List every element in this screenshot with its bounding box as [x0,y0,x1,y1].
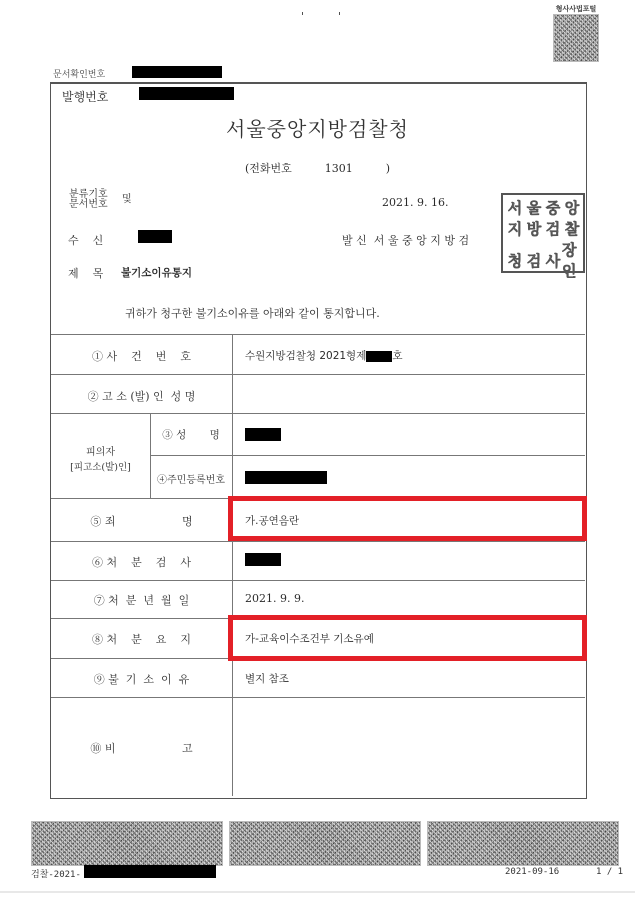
scan-mark: ' [338,10,341,23]
doc-confirm-label: 문서확인번호 [53,67,105,80]
seal-char: 찰 [562,218,581,239]
suspect-name-redacted [245,428,281,441]
disposition-date-value: 2021. 9. 9. [245,592,304,605]
document-date: 2021. 9. 16. [382,196,448,209]
phone-suffix: ) [386,162,390,175]
security-pattern [229,821,421,866]
security-pattern [31,821,223,866]
doc-confirm-number-redacted [132,66,222,78]
recipient-redacted [138,230,172,243]
row-label-prosecutor: ⑥ 처 분 검 사 [51,554,232,570]
page-edge [0,891,635,893]
security-pattern [427,821,619,866]
disposition-highlight-box [228,615,587,661]
row-label-disposition-summary: ⑧ 처 분 요 지 [51,631,232,647]
seal-char: 앙 [562,197,581,218]
qr-label: 형사사법포털 [553,4,599,14]
recipient-label: 수 신 [68,232,103,248]
case-number-redacted [366,351,392,362]
charge-highlight-box [228,496,587,541]
phone-ext: 1301 [325,162,353,175]
seal-char: 방 [524,218,543,239]
case-number-suffix: 호 [392,350,402,362]
row-label-charge: ⑤ 죄 명 [51,513,232,529]
row-label-case-number: ① 사 건 번 호 [51,348,232,364]
seal-char: 지 [505,218,524,239]
row-label-complainant: ② 고 소 (발) 인 성 명 [51,388,232,404]
issue-no-redacted [139,87,234,100]
footer-date: 2021-09-16 [505,867,559,877]
case-number-value: 수원지방검찰청 2021형제호 [245,348,403,363]
table-rule [51,374,585,375]
suspect-group-label-2: [피고소(발)인] [51,459,150,473]
scan-mark: ' [301,10,304,23]
table-rule [51,413,585,414]
table-rule [150,455,585,456]
qr-code [553,14,599,62]
subject-label: 제 목 [68,265,103,281]
body-text: 귀하가 청구한 불기소이유를 아래와 같이 통지합니다. [125,305,380,321]
case-number-prefix: 수원지방검찰청 2021형제 [245,350,366,362]
prosecutor-redacted [245,553,281,566]
row-label-disposition-date: ⑦ 처 분 년 월 일 [51,592,232,608]
row-label-remarks: ⑩ 비 고 [51,740,232,756]
seal-char: 사 [543,239,562,281]
footer-doc-code: 검찰-2021- [31,867,81,880]
suspect-group-label-1: 피의자 [51,443,150,458]
classification-label: 분류기호 문서번호 [69,190,108,210]
footer-doc-code-redacted [84,865,216,878]
classification-line2: 문서번호 [69,200,108,210]
table-rule [51,697,585,698]
footer-page: 1 / 1 [596,867,623,877]
seal-char: 청 [505,239,524,281]
classification-and: 및 [122,190,132,205]
seal-char: 검 [543,218,562,239]
seal-char: 검 [524,239,543,281]
seal-char: 울 [524,197,543,218]
table-rule [232,334,233,796]
non-prosecution-reason-value: 별지 참조 [245,671,289,686]
row-label-non-prosecution-reason: ⑨ 불 기 소 이 유 [51,671,232,687]
phone-line: (전화번호 1301 ) [0,160,635,176]
official-seal: 서 울 중 앙 지 방 검 찰 청 검 사 장인 [501,193,585,273]
issue-no-label: 발행번호 [62,88,108,105]
table-rule [51,580,585,581]
sender: 발 신 서 울 중 앙 지 방 검 [342,232,469,248]
agency-title: 서울중앙지방검찰청 [0,113,635,142]
seal-char: 중 [543,197,562,218]
table-rule [51,334,585,335]
table-rule [51,541,585,542]
subject: 불기소이유통지 [121,265,192,280]
row-label-suspect-name: ③ 성 명 [150,427,232,442]
resident-number-redacted [245,471,327,484]
seal-char: 서 [505,197,524,218]
phone-prefix: (전화번호 [245,162,292,175]
row-label-resident-number: ④주민등록번호 [150,471,232,486]
seal-char: 장인 [562,239,581,281]
